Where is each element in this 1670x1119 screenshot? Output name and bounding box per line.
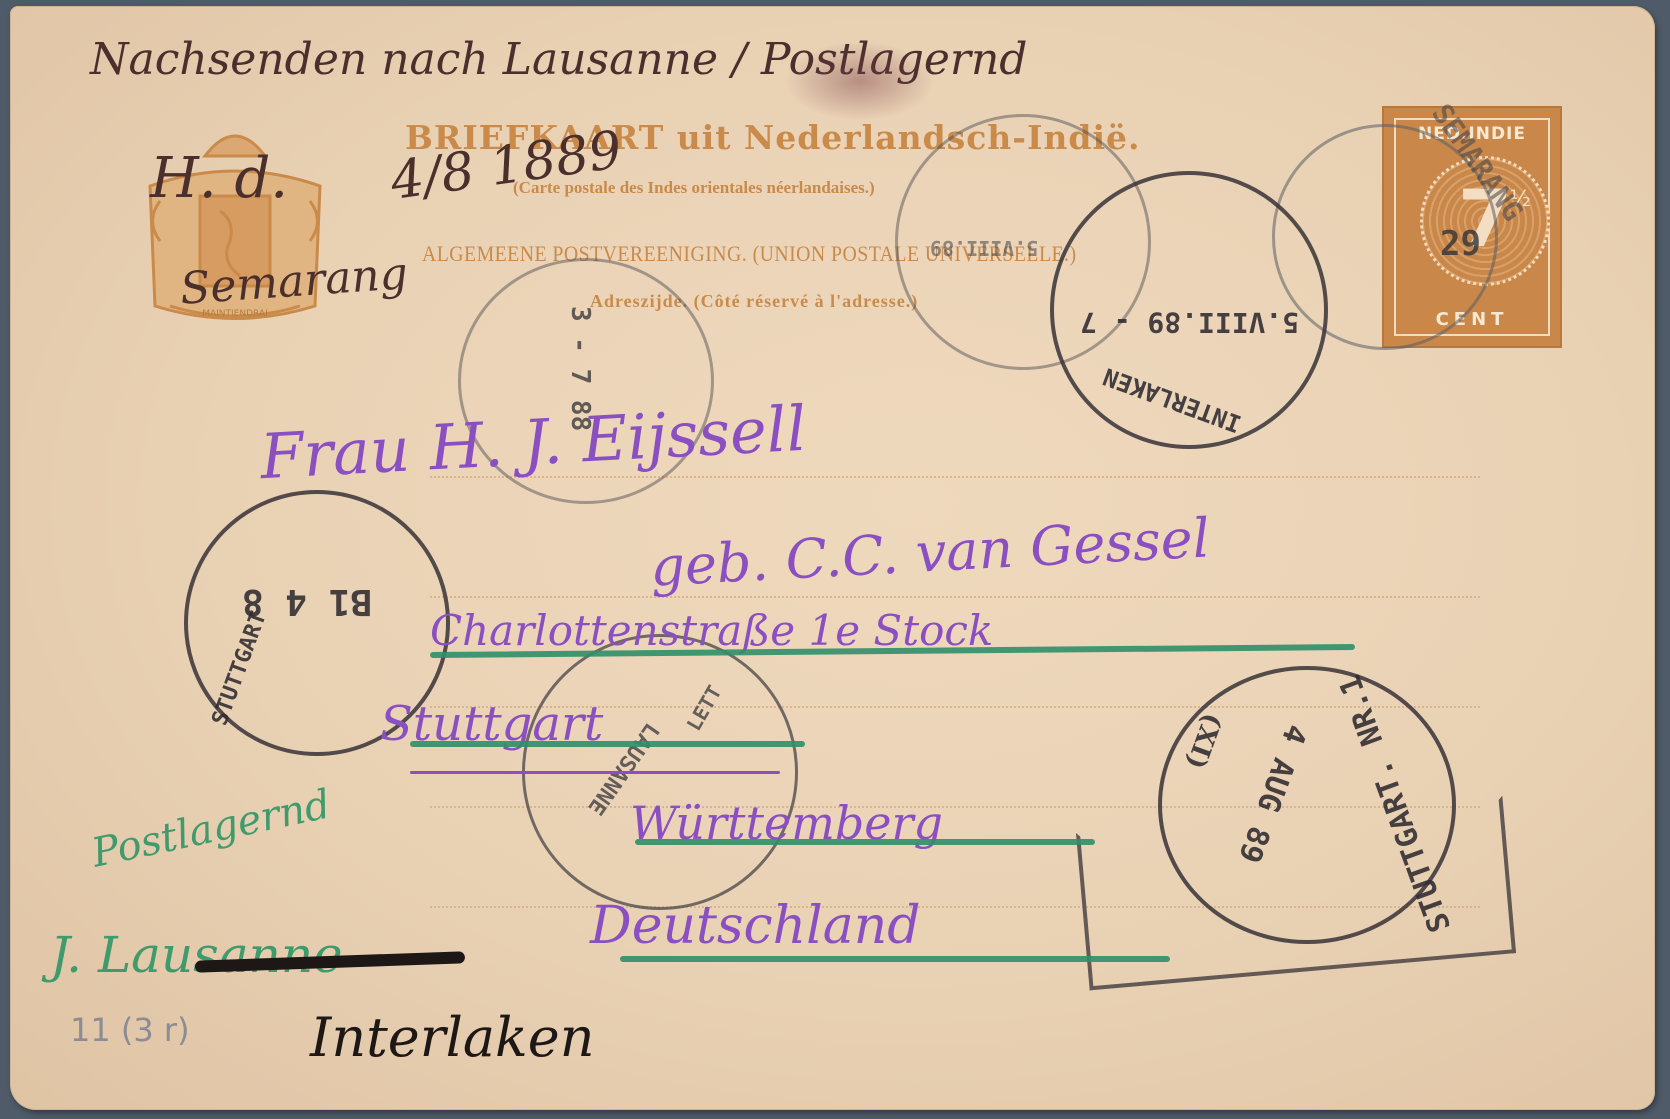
strike-country bbox=[620, 956, 1170, 962]
redirect-interlaken: Interlaken bbox=[310, 1006, 595, 1069]
postmark-semarang-day: 29 bbox=[1440, 224, 1481, 264]
postcard: MAINTIENDRAI BRIEFKAART uit Nederlandsch… bbox=[10, 6, 1655, 1110]
strike-city-violet bbox=[410, 771, 780, 774]
recipient-name: Frau H. J. Eijssell bbox=[258, 392, 808, 494]
postmark-interlaken-date: 5.VIII.89 - 7 bbox=[1080, 306, 1299, 339]
ink-stain bbox=[785, 41, 935, 121]
green-note-postlagernd: Postlagernd bbox=[88, 781, 335, 876]
postmark-lausanne-top-date: 5.VIII.89 bbox=[930, 236, 1038, 260]
pencil-annotation: 11 (3 r) bbox=[70, 1011, 190, 1049]
handwriting-left-1: H. d. bbox=[150, 146, 288, 211]
country: Deutschland bbox=[590, 896, 921, 956]
strike-city bbox=[410, 741, 805, 747]
green-note-lausanne: J. Lausanne bbox=[50, 926, 343, 984]
recipient-maiden-name: geb. C.C. van Gessel bbox=[649, 506, 1212, 598]
strike-region bbox=[635, 839, 1095, 845]
address-line-2 bbox=[430, 596, 1480, 598]
